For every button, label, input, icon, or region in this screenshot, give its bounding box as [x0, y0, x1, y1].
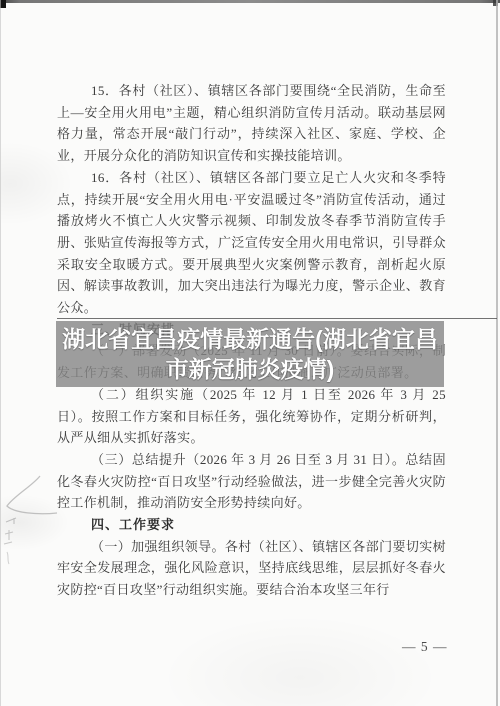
paragraph: 15．各村（社区）、镇辖区各部门要围绕“全民消防，生命至上—安全用火用电”主题，… [57, 80, 446, 167]
scan-artifact-right-edge-line [496, 0, 498, 706]
paragraph: （三）总结提升（2026 年 3 月 26 日至 3 月 31 日）。总结固化冬… [57, 449, 446, 514]
paragraph: （二）组织实施（2025 年 12 月 1 日至 2026 年 3 月 25 日… [57, 384, 446, 449]
scanned-document-page: 15．各村（社区）、镇辖区各部门要围绕“全民消防，生命至上—安全用火用电”主题，… [0, 0, 500, 706]
scan-artifact-left-edge-line [0, 0, 1, 706]
paragraph: （一）加强组织领导。各村（社区）、镇辖区各部门要切实树牢安全发展理念，强化风险意… [57, 536, 446, 601]
headline-line1: 湖北省宜昌疫情最新通告(湖北省宜昌 [62, 324, 438, 354]
scan-artifact-top-bar [0, 0, 500, 3]
section-heading: 四、工作要求 [57, 514, 446, 536]
headline-line2: 市新冠肺炎疫情) [166, 354, 335, 384]
headline-overlay: 湖北省宜昌疫情最新通告(湖北省宜昌 市新冠肺炎疫情) [56, 321, 444, 387]
pencil-scribble-artifact [0, 508, 30, 568]
paragraph: 16．各村（社区）、镇辖区各部门要立足亡人火灾和冬季特点，持续开展“安全用火用电… [57, 167, 446, 319]
page-number: — 5 — [402, 639, 448, 655]
